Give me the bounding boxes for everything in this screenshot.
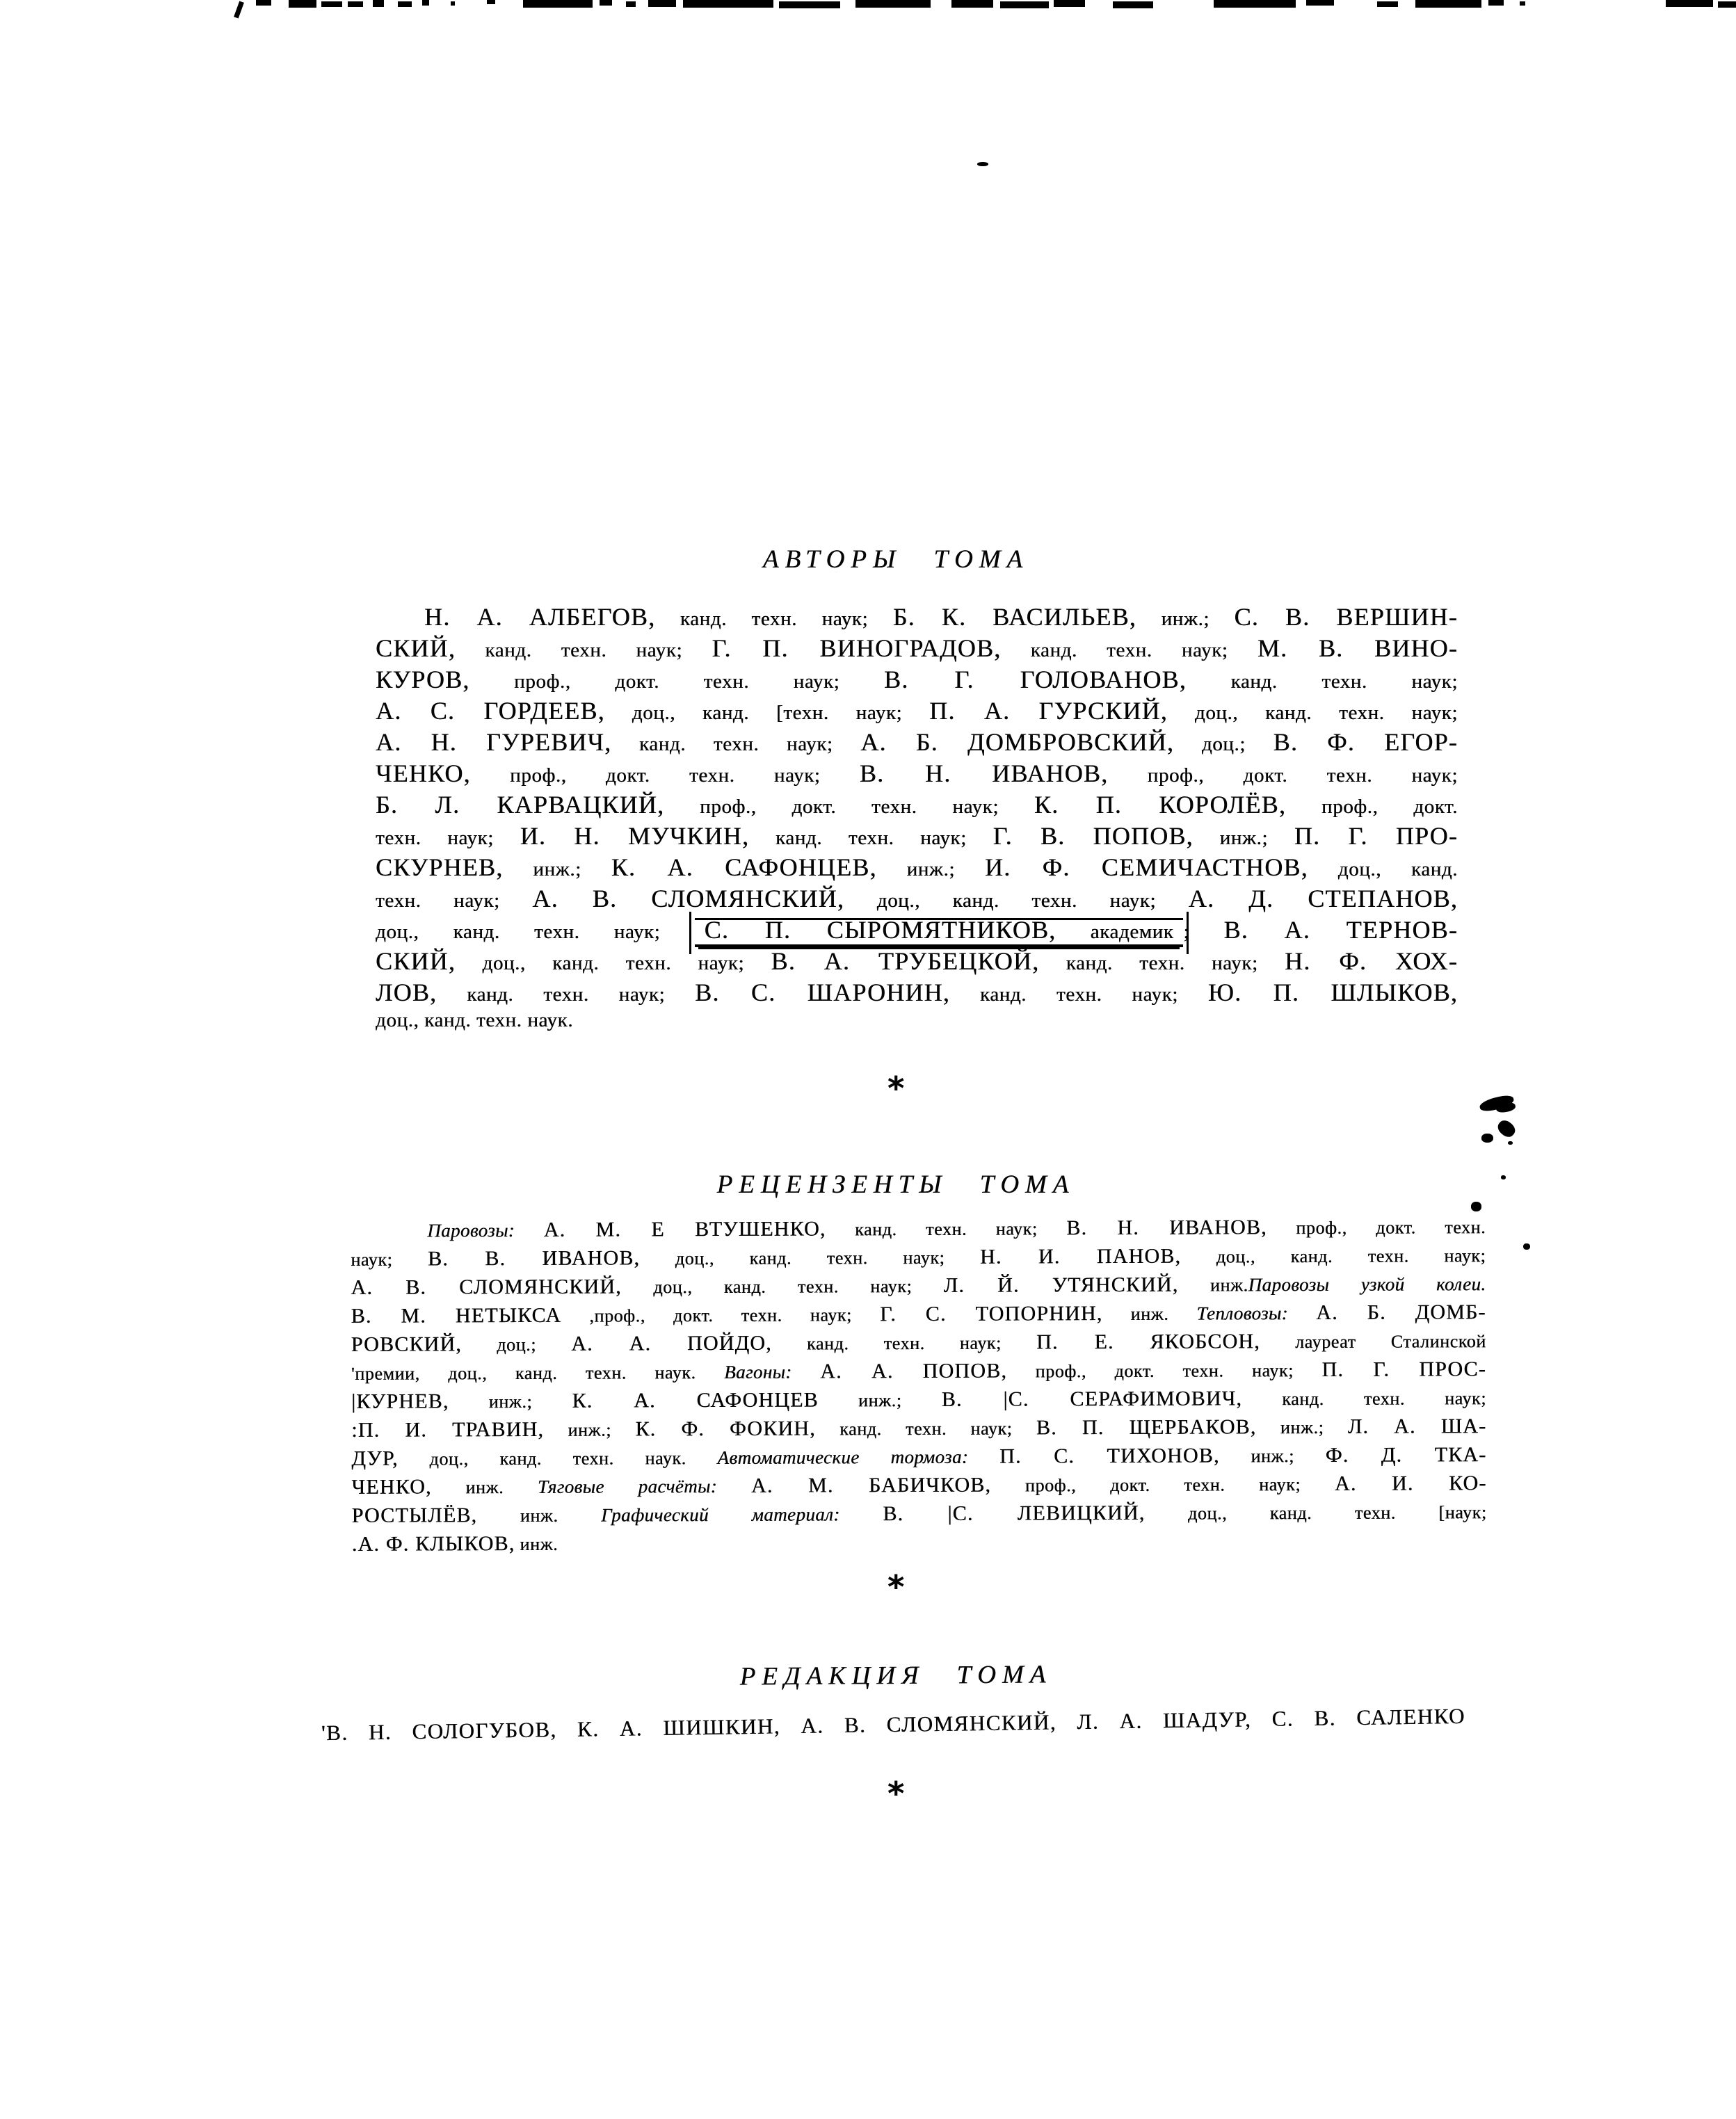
person-name: Н. А. АЛБЕГОВ, — [424, 603, 655, 631]
person-name: Б. Л. КАРВАЦКИЙ, — [376, 791, 664, 819]
text-line: РОСТЫЛЁВ, инж. Графический материал: В. … — [352, 1500, 1487, 1533]
person-name: Л. А. ША- — [1348, 1415, 1487, 1438]
title-text: доц., канд. техн. наук; — [456, 952, 771, 974]
category-label: Паровозы: — [427, 1220, 544, 1241]
text-line: ЛОВ, канд. техн. наук; В. С. ШАРОНИН, ка… — [376, 978, 1458, 1009]
title-text: инж.; — [1256, 1417, 1347, 1437]
text-line: ЧЕНКО, инж. Тяговые расчёты: А. М. БАБИЧ… — [351, 1472, 1486, 1504]
category-label: Графический материал: — [601, 1504, 883, 1525]
title-text: академик — [1056, 921, 1173, 943]
person-name: Г. С. ТОПОРНИН, — [880, 1302, 1102, 1326]
scan-artifact-top-edge — [289, 0, 316, 8]
title-text: проф., докт. техн. наук; — [991, 1474, 1335, 1496]
scan-artifact-top-edge — [1666, 0, 1713, 7]
section-separator-asterisk: * — [312, 1070, 1480, 1107]
title-text: доц., канд. техн. наук; — [376, 921, 695, 943]
person-name: С. В. ВЕРШИН- — [1235, 603, 1458, 631]
title-text: инж.; — [544, 1419, 635, 1440]
scan-artifact-top-edge — [398, 1, 412, 7]
person-name: В. Г. ГОЛОВАНОВ, — [884, 666, 1187, 693]
person-name: РОСТЫЛЁВ, — [352, 1504, 478, 1527]
title-text: канд. техн. наук; — [826, 1218, 1067, 1239]
person-name: Б. К. ВАСИЛЬЕВ, — [893, 603, 1136, 631]
person-name: К. Ф. ФОКИН, — [635, 1417, 815, 1441]
person-name: ЧЕНКО, — [376, 759, 471, 787]
person-name: А. Б. ДОМБРОВСКИЙ, — [860, 728, 1174, 756]
person-name: В. |С. ЛЕВИЦКИЙ, — [883, 1501, 1145, 1525]
scan-artifact-top-edge — [1214, 0, 1296, 8]
ink-speck — [1481, 1134, 1493, 1143]
person-name: Ю. П. ШЛЫКОВ, — [1208, 978, 1458, 1006]
scan-artifact-top-edge — [648, 0, 676, 7]
title-text: доц., канд. техн. наук; — [1168, 702, 1458, 724]
text-line: техн. наук; И. Н. МУЧКИН, канд. техн. на… — [376, 821, 1458, 853]
person-name: М. В. ВИНО- — [1257, 634, 1458, 662]
person-name: А. Д. СТЕПАНОВ, — [1189, 885, 1458, 912]
scan-artifact-top-edge — [1054, 0, 1085, 7]
title-text: канд. техн. наук; — [816, 1418, 1036, 1439]
person-name: П. Г. ПРО- — [1294, 822, 1458, 850]
text-line: СКИЙ, доц., канд. техн. наук; В. А. ТРУБ… — [376, 946, 1458, 978]
person-name: Н. Ф. ХОХ- — [1285, 947, 1458, 975]
scan-artifact-top-edge — [1377, 1, 1398, 7]
title-text: проф., докт. — [1286, 796, 1458, 818]
person-name: А. Б. ДОМБ- — [1316, 1300, 1486, 1324]
title-text: канд. техн. наук; — [772, 1332, 1036, 1353]
title-text: инж.; — [1220, 1446, 1326, 1467]
ink-speck — [1501, 1175, 1506, 1179]
scan-artifact-top-edge — [1718, 1, 1736, 8]
scan-artifact-top-edge — [348, 1, 363, 7]
ink-speck — [1495, 1118, 1518, 1140]
title-text: инж.; — [449, 1392, 572, 1412]
text-line: Паровозы: А. М. Е ВТУШЕНКО, канд. техн. … — [351, 1215, 1486, 1248]
authors-paragraph: Н. А. АЛБЕГОВ, канд. техн. наук; Б. К. В… — [376, 602, 1458, 1040]
person-name: К. П. КОРОЛЁВ, — [1034, 791, 1286, 819]
scan-artifact-top-edge — [855, 0, 931, 8]
title-text: инж.; — [877, 858, 985, 880]
ink-speck — [1471, 1202, 1481, 1211]
title-text: наук; — [351, 1249, 428, 1269]
person-name: К. А. САФОНЦЕВ, — [611, 853, 877, 881]
person-name: И. Ф. СЕМИЧАСТНОВ, — [985, 853, 1308, 881]
person-name: В. В. ИВАНОВ, — [428, 1246, 640, 1270]
title-text: канд. техн. наук; — [1242, 1388, 1486, 1409]
reviewers-paragraph: Паровозы: А. М. Е ВТУШЕНКО, канд. техн. … — [351, 1215, 1487, 1561]
title-text: доц., канд. техн. наук; — [622, 1276, 944, 1298]
scan-artifact-top-edge — [451, 1, 455, 6]
person-name: А. А. ПОЙДО, — [571, 1332, 772, 1355]
person-name: В. Н. ИВАНОВ, — [1066, 1216, 1267, 1239]
title-text: техн. наук; — [376, 827, 520, 849]
title-text: доц.; — [1174, 733, 1273, 755]
title-text: канд. техн. наук; — [1187, 670, 1458, 693]
person-name: СКИЙ, — [376, 634, 456, 662]
scan-artifact-top-edge — [422, 0, 429, 6]
text-line: .А. Ф. КЛЫКОВ, инж. — [352, 1529, 1487, 1561]
title-text: техн. наук; — [376, 889, 532, 912]
title-text: ,проф., докт. техн. наук; — [561, 1305, 880, 1326]
editors-line: 'В. Н. СОЛОГУБОВ, К. А. ШИШКИН, А. В. СЛ… — [321, 1704, 1465, 1751]
scan-artifact-top-edge — [1488, 0, 1504, 6]
ink-speck — [1523, 1243, 1530, 1250]
text-line: доц., канд. техн. наук. — [376, 1009, 1458, 1040]
title-text: ; — [1183, 921, 1223, 943]
scan-artifact-top-edge — [683, 0, 773, 8]
text-line: наук; В. В. ИВАНОВ, доц., канд. техн. на… — [351, 1243, 1486, 1276]
person-name: А. Н. ГУРЕВИЧ, — [376, 728, 611, 756]
title-text: доц., канд. техн. наук; — [844, 889, 1189, 912]
person-name: П. Е. ЯКОБСОН, — [1036, 1330, 1260, 1353]
editors-heading: РЕДАКЦИЯ ТОМА — [312, 1657, 1480, 1695]
text-line: СКУРНЕВ, инж.; К. А. САФОНЦЕВ, инж.; И. … — [376, 853, 1458, 884]
person-name: В. А. ТЕРНОВ- — [1223, 916, 1458, 944]
person-name: А. В. СЛОМЯНСКИЙ, — [532, 885, 844, 912]
title-text: канд. техн. наук; — [1001, 639, 1257, 661]
title-text: канд. техн. наук; — [950, 983, 1208, 1006]
text-line: А. В. СЛОМЯНСКИЙ, доц., канд. техн. наук… — [351, 1272, 1486, 1305]
text-line: СКИЙ, канд. техн. наук; Г. П. ВИНОГРАДОВ… — [376, 634, 1458, 665]
person-name: П. Г. ПРОС- — [1321, 1357, 1486, 1381]
title-text: проф., докт. техн. наук; — [1007, 1360, 1322, 1382]
person-name: Г. П. ВИНОГРАДОВ, — [712, 634, 1001, 662]
scan-artifact-top-edge — [600, 0, 612, 6]
text-line: ЧЕНКО, проф., докт. техн. наук; В. Н. ИВ… — [376, 759, 1458, 790]
person-name: :П. И. ТРАВИН, — [351, 1418, 544, 1442]
ink-speck — [977, 162, 988, 166]
title-text: инж. — [1178, 1275, 1248, 1295]
title-text: проф., докт. техн. наук; — [471, 764, 860, 787]
person-name: .А. Ф. КЛЫКОВ, — [352, 1532, 515, 1556]
person-name: П. А. ГУРСКИЙ, — [929, 697, 1168, 725]
person-name: А. М. БАБИЧКОВ, — [751, 1474, 991, 1497]
scan-artifact-top-edge — [321, 1, 342, 7]
title-text: канд. техн. наук; — [655, 608, 892, 630]
text-line: доц., канд. техн. наук; С. П. СЫРОМЯТНИК… — [376, 915, 1458, 946]
person-name: В. С. ШАРОНИН, — [695, 978, 950, 1006]
title-text: доц., канд. техн. наук. — [376, 1009, 573, 1031]
person-name: П. С. ТИХОНОВ, — [999, 1444, 1220, 1467]
text-line: техн. наук; А. В. СЛОМЯНСКИЙ, доц., канд… — [376, 884, 1458, 915]
title-text: инж. — [477, 1506, 601, 1526]
category-label: Автоматические тормоза: — [717, 1447, 999, 1468]
ink-speck — [1508, 1141, 1513, 1145]
scan-artifact-top-edge — [523, 0, 593, 8]
title-text: инж.; — [1193, 827, 1294, 849]
person-name: А. С. ГОРДЕЕВ, — [376, 697, 605, 725]
scan-artifact-top-edge — [373, 0, 384, 7]
title-text: доц., канд. техн. наук; — [640, 1248, 980, 1269]
title-text: канд. техн. наук; — [611, 733, 860, 755]
title-text: проф., докт. техн. наук; — [469, 670, 884, 693]
text-line: |КУРНЕВ, инж.; К. А. САФОНЦЕВ инж.; В. |… — [351, 1386, 1486, 1419]
person-name: Л. Й. УТЯНСКИЙ, — [944, 1273, 1179, 1297]
deceased-name-box: С. П. СЫРОМЯТНИКОВ, академик — [695, 918, 1184, 947]
person-name: В. М. НЕТЫКСА — [351, 1304, 562, 1328]
scan-artifact-top-edge — [256, 0, 271, 6]
person-name: СКУРНЕВ, — [376, 853, 503, 881]
scan-artifact-top-edge — [951, 0, 993, 8]
title-text: канд. техн. наук; — [1039, 952, 1285, 974]
title-text: инж.; — [1136, 608, 1235, 630]
person-name: СКИЙ, — [376, 947, 456, 975]
text-line: :П. И. ТРАВИН, инж.; К. Ф. ФОКИН, канд. … — [351, 1415, 1486, 1447]
text-line: Н. А. АЛБЕГОВ, канд. техн. наук; Б. К. В… — [376, 602, 1458, 634]
title-text: доц., канд. [техн. наук; — [605, 702, 929, 724]
scan-artifact-top-edge — [1415, 0, 1481, 8]
person-name: К. А. САФОНЦЕВ — [572, 1389, 818, 1412]
category-label: Паровозы узкой колеи. — [1248, 1273, 1486, 1295]
person-name: КУРОВ, — [376, 666, 469, 693]
text-line: А. С. ГОРДЕЕВ, доц., канд. [техн. наук; … — [376, 696, 1458, 727]
scan-artifact-top-edge — [1113, 1, 1153, 8]
title-text: проф., докт. техн. наук; — [664, 796, 1034, 818]
scan-artifact-top-edge — [234, 1, 244, 19]
reviewers-heading: РЕЦЕНЗЕНТЫ ТОМА — [312, 1170, 1480, 1200]
title-text: инж. — [432, 1477, 538, 1498]
title-text: доц., канд. — [1308, 858, 1458, 880]
title-text: проф., докт. техн. — [1267, 1217, 1486, 1238]
scan-artifact-top-edge — [1520, 1, 1525, 6]
title-text: инж. — [1102, 1304, 1196, 1324]
text-line: РОВСКИЙ, доц.; А. А. ПОЙДО, канд. техн. … — [351, 1329, 1486, 1362]
scan-artifact-top-edge — [1000, 1, 1049, 8]
title-text: доц., канд. техн. наук. — [399, 1448, 718, 1469]
title-text: доц., канд. техн. наук; — [1181, 1246, 1486, 1267]
category-label: Тепловозы: — [1196, 1303, 1316, 1324]
person-name: ДУР, — [351, 1447, 398, 1470]
person-name: В. П. ЩЕРБАКОВ, — [1036, 1415, 1257, 1439]
title-text: канд. техн. наук; — [749, 827, 992, 849]
person-name: С. П. СЫРОМЯТНИКОВ, — [705, 916, 1056, 944]
title-text: инж.; — [503, 858, 611, 880]
title-text: доц., канд. техн. [наук; — [1145, 1502, 1486, 1524]
person-name: ЛОВ, — [376, 978, 437, 1006]
person-name: В. |С. СЕРАФИМОВИЧ, — [942, 1387, 1242, 1411]
person-name: Г. В. ПОПОВ, — [993, 822, 1193, 850]
person-name: В. Н. ИВАНОВ, — [860, 759, 1108, 787]
person-name: А. М. Е ВТУШЕНКО, — [544, 1217, 826, 1241]
category-label: Тяговые расчёты: — [538, 1476, 751, 1497]
category-label: Вагоны: — [724, 1361, 820, 1382]
person-name: В. А. ТРУБЕЦКОЙ, — [771, 947, 1040, 975]
text-line: А. Н. ГУРЕВИЧ, канд. техн. наук; А. Б. Д… — [376, 727, 1458, 759]
authors-heading: АВТОРЫ ТОМА — [312, 545, 1480, 574]
person-name: А. А. ПОПОВ, — [820, 1360, 1007, 1383]
text-line: 'В. Н. СОЛОГУБОВ, К. А. ШИШКИН, А. В. СЛ… — [321, 1704, 1465, 1751]
person-name: И. Н. МУЧКИН, — [520, 822, 749, 850]
title-text: канд. техн. наук; — [437, 983, 695, 1006]
title-text: лауреат Сталинской — [1260, 1331, 1486, 1352]
text-line: В. М. НЕТЫКСА ,проф., докт. техн. наук; … — [351, 1300, 1486, 1333]
title-text: инж.; — [819, 1390, 942, 1411]
person-name: 'В. Н. СОЛОГУБОВ, К. А. ШИШКИН, А. В. СЛ… — [321, 1704, 1465, 1745]
person-name: В. Ф. ЕГОР- — [1273, 728, 1458, 756]
section-separator-asterisk: * — [312, 1775, 1480, 1812]
text-line: КУРОВ, проф., докт. техн. наук; В. Г. ГО… — [376, 665, 1458, 696]
scanned-page: АВТОРЫ ТОМА Н. А. АЛБЕГОВ, канд. техн. н… — [0, 0, 1736, 2119]
section-separator-asterisk: * — [312, 1568, 1480, 1606]
scan-artifact-top-edge — [779, 1, 840, 8]
person-name: |КУРНЕВ, — [351, 1389, 449, 1412]
title-text: инж. — [515, 1534, 558, 1554]
person-name: ЧЕНКО, — [351, 1475, 431, 1498]
title-text: канд. техн. наук; — [456, 639, 712, 661]
scan-artifact-top-edge — [487, 0, 495, 4]
text-line: ДУР, доц., канд. техн. наук. Автоматичес… — [351, 1443, 1486, 1476]
title-text: 'премии, доц., канд. техн. наук. — [351, 1362, 724, 1384]
person-name: А. В. СЛОМЯНСКИЙ, — [351, 1275, 621, 1298]
text-line: Б. Л. КАРВАЦКИЙ, проф., докт. техн. наук… — [376, 790, 1458, 821]
scan-artifact-top-edge — [626, 1, 636, 7]
scan-artifact-top-edge — [1306, 0, 1334, 6]
person-name: Ф. Д. ТКА- — [1326, 1443, 1487, 1467]
person-name: Н. И. ПАНОВ, — [980, 1245, 1181, 1268]
person-name: РОВСКИЙ, — [351, 1332, 462, 1356]
text-line: 'премии, доц., канд. техн. наук. Вагоны:… — [351, 1357, 1486, 1390]
title-text: проф., докт. техн. наук; — [1108, 764, 1458, 787]
person-name: А. И. КО- — [1335, 1472, 1487, 1495]
title-text: доц.; — [462, 1335, 571, 1355]
